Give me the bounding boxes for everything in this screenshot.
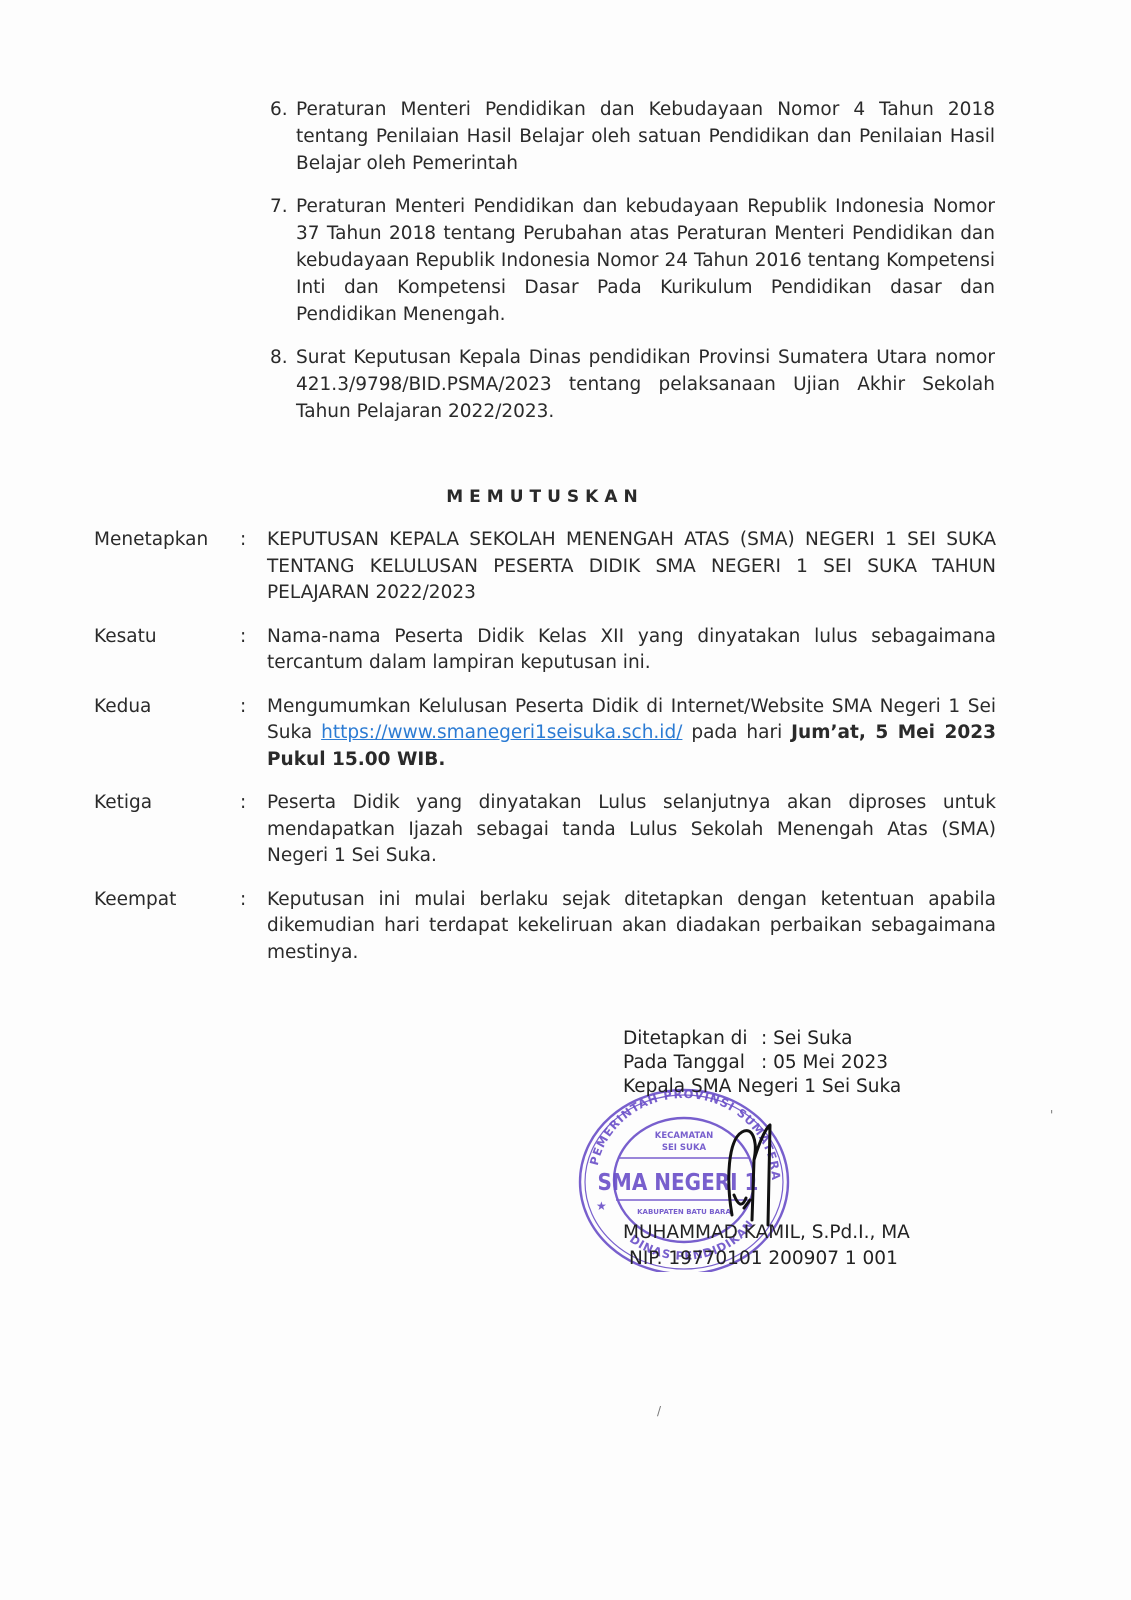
decree-keempat: Keempat : Keputusan ini mulai berlaku se… — [94, 887, 996, 967]
decree-label: Ketiga — [94, 790, 240, 870]
school-website-link[interactable]: https://www.smanegeri1seisuka.sch.id/ — [321, 722, 682, 743]
scan-speck: ' — [1050, 1108, 1053, 1122]
decree-menetapkan: Menetapkan : KEPUTUSAN KEPALA SEKOLAH ME… — [94, 527, 996, 607]
date-row: Pada Tanggal : 05 Mei 2023 — [623, 1051, 901, 1075]
decree-label: Menetapkan — [94, 527, 240, 607]
date-label: Pada Tanggal — [623, 1051, 761, 1075]
consideration-item: 8. Surat Keputusan Kepala Dinas pendidik… — [270, 344, 995, 425]
decree-text-part: pada hari — [682, 722, 791, 743]
signatory-position: Kepala SMA Negeri 1 Sei Suka — [623, 1075, 901, 1099]
scan-speck: / — [657, 1404, 661, 1418]
place-label: Ditetapkan di — [623, 1027, 761, 1051]
decree-kesatu: Kesatu : Nama-nama Peserta Didik Kelas X… — [94, 624, 996, 677]
place-row: Ditetapkan di : Sei Suka — [623, 1027, 901, 1051]
decree-colon: : — [240, 694, 267, 774]
item-text: Surat Keputusan Kepala Dinas pendidikan … — [296, 347, 995, 422]
decree-label: Kesatu — [94, 624, 240, 677]
consideration-item: 6. Peraturan Menteri Pendidikan dan Kebu… — [270, 96, 995, 177]
item-number: 8. — [270, 344, 288, 371]
date-value: : 05 Mei 2023 — [761, 1051, 888, 1075]
decree-text: KEPUTUSAN KEPALA SEKOLAH MENENGAH ATAS (… — [267, 527, 996, 607]
item-text: Peraturan Menteri Pendidikan dan kebuday… — [296, 196, 995, 325]
considerations-list: 6. Peraturan Menteri Pendidikan dan Kebu… — [270, 96, 995, 441]
document-page: 6. Peraturan Menteri Pendidikan dan Kebu… — [0, 0, 1131, 1600]
svg-text:★: ★ — [596, 1199, 607, 1213]
signatory-nip: NIP. 19770101 200907 1 001 — [629, 1247, 898, 1271]
decree-text: Mengumumkan Kelulusan Peserta Didik di I… — [267, 694, 996, 774]
decree-label: Keempat — [94, 887, 240, 967]
decree-colon: : — [240, 527, 267, 607]
decree-colon: : — [240, 624, 267, 677]
decree-section: Menetapkan : KEPUTUSAN KEPALA SEKOLAH ME… — [94, 527, 996, 983]
decree-kedua: Kedua : Mengumumkan Kelulusan Peserta Di… — [94, 694, 996, 774]
decree-colon: : — [240, 887, 267, 967]
item-number: 7. — [270, 193, 288, 220]
decree-label: Kedua — [94, 694, 240, 774]
signature-block: Ditetapkan di : Sei Suka Pada Tanggal : … — [623, 1027, 901, 1099]
decree-text: Nama-nama Peserta Didik Kelas XII yang d… — [267, 624, 996, 677]
svg-text:KABUPATEN BATU BARA: KABUPATEN BATU BARA — [637, 1208, 731, 1216]
decree-text: Peserta Didik yang dinyatakan Lulus sela… — [267, 790, 996, 870]
svg-text:KECAMATAN: KECAMATAN — [655, 1131, 713, 1141]
svg-text:SEI SUKA: SEI SUKA — [662, 1143, 707, 1153]
consideration-item: 7. Peraturan Menteri Pendidikan dan kebu… — [270, 193, 995, 328]
decree-text: Keputusan ini mulai berlaku sejak diteta… — [267, 887, 996, 967]
decree-colon: : — [240, 790, 267, 870]
item-text: Peraturan Menteri Pendidikan dan Kebuday… — [296, 99, 995, 174]
place-value: : Sei Suka — [761, 1027, 852, 1051]
item-number: 6. — [270, 96, 288, 123]
decree-ketiga: Ketiga : Peserta Didik yang dinyatakan L… — [94, 790, 996, 870]
decision-heading: MEMUTUSKAN — [0, 487, 1090, 507]
signature-icon — [720, 1120, 790, 1230]
